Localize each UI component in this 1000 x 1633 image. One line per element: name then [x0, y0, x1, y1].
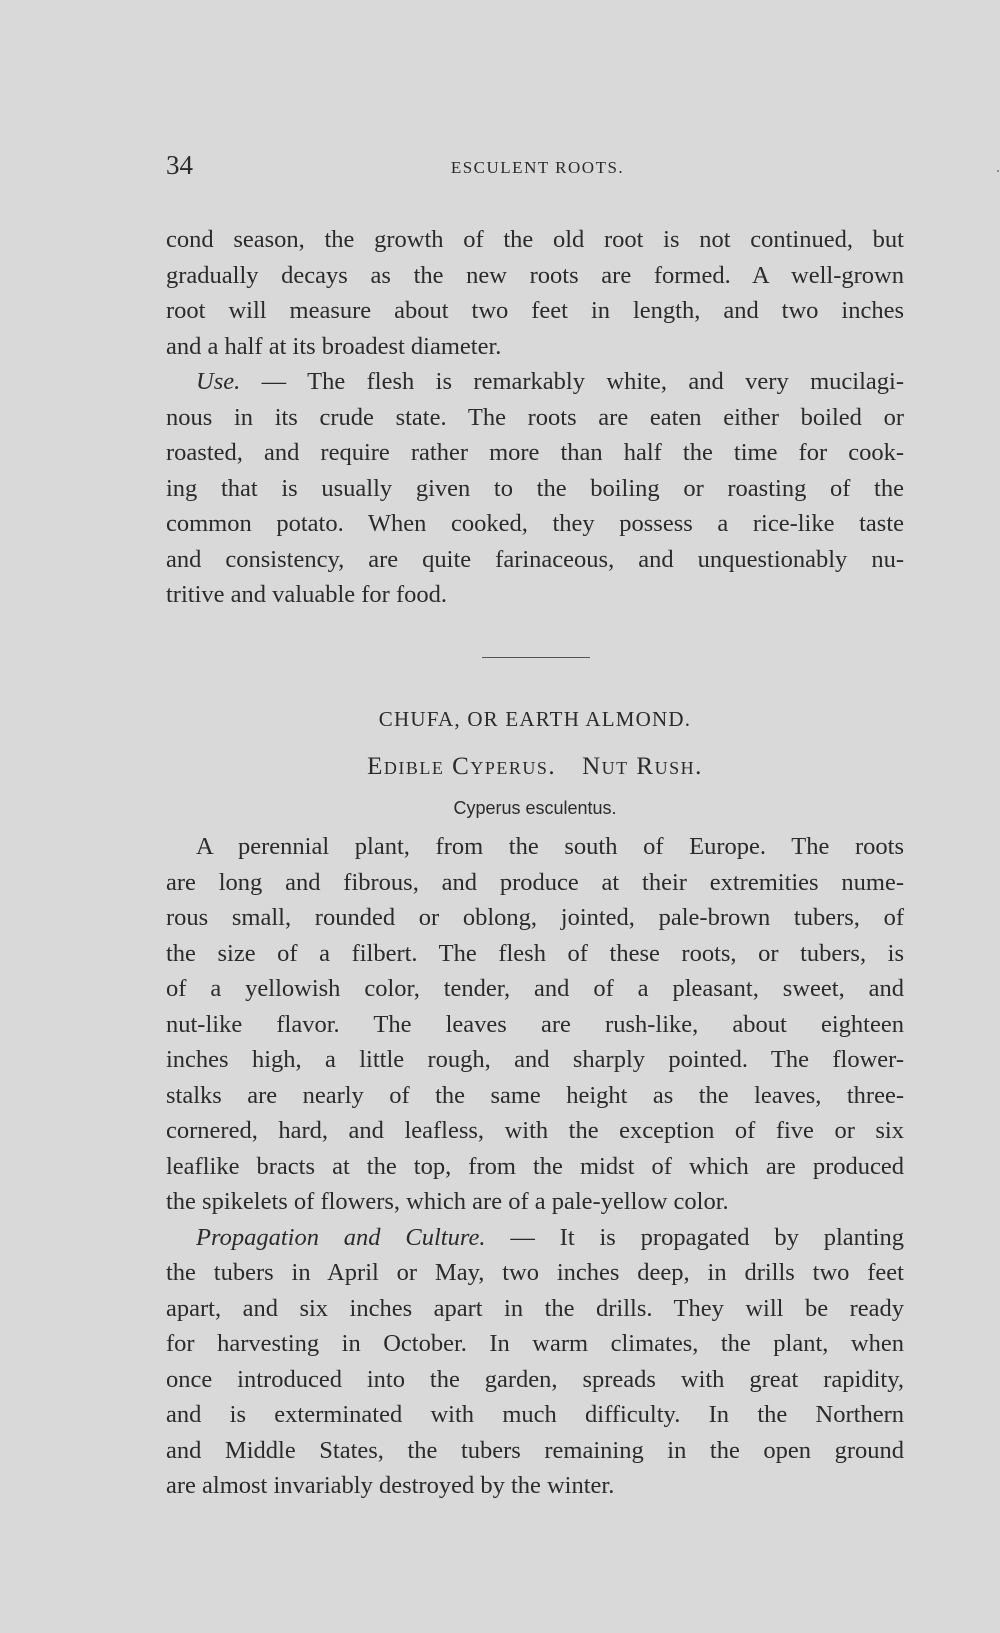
- alt-name: Nut Rush.: [582, 753, 703, 780]
- latin-name: Cyperus esculentus.: [0, 796, 1000, 820]
- text-line: nous in its crude state. The roots are e…: [166, 400, 904, 436]
- propagation-label: Propagation and Culture.: [196, 1224, 485, 1251]
- text-line: — The flesh is remarkably white, and ver…: [262, 368, 904, 395]
- text-line: are almost invariably destroyed by the w…: [166, 1468, 904, 1504]
- text-line: ing that is usually given to the boiling…: [166, 471, 904, 507]
- section-divider: [482, 657, 590, 658]
- running-head: ESCULENT ROOTS.: [0, 158, 1000, 178]
- text-line: of a yellowish color, tender, and of a p…: [166, 971, 904, 1007]
- text-line: and a half at its broadest diameter.: [166, 329, 904, 365]
- text-line: and Middle States, the tubers remaining …: [166, 1433, 904, 1469]
- alternate-names: Edible Cyperus.Nut Rush.: [0, 752, 1000, 782]
- section-title: CHUFA, OR EARTH ALMOND.: [0, 705, 1000, 733]
- text-line: nut-like flavor. The leaves are rush-lik…: [166, 1007, 904, 1043]
- use-label: Use.: [196, 368, 240, 395]
- text-line: once introduced into the garden, spreads…: [166, 1362, 904, 1398]
- text-line: stalks are nearly of the same height as …: [166, 1078, 904, 1114]
- text-line: cond season, the growth of the old root …: [166, 222, 904, 258]
- description-text-block: A perennial plant, from the south of Eur…: [166, 829, 904, 1504]
- text-line: for harvesting in October. In warm clima…: [166, 1326, 904, 1362]
- text-line: cornered, hard, and leafless, with the e…: [166, 1113, 904, 1149]
- text-line: the spikelets of flowers, which are of a…: [166, 1184, 904, 1220]
- text-line: — It is propagated by planting: [510, 1224, 904, 1251]
- text-line: leaflike bracts at the top, from the mid…: [166, 1149, 904, 1185]
- text-line: the tubers in April or May, two inches d…: [166, 1255, 904, 1291]
- text-line: rous small, rounded or oblong, jointed, …: [166, 900, 904, 936]
- text-line: apart, and six inches apart in the drill…: [166, 1291, 904, 1327]
- alt-name: Edible Cyperus.: [367, 753, 556, 780]
- continued-text-block: cond season, the growth of the old root …: [166, 222, 904, 613]
- text-line: the size of a filbert. The flesh of thes…: [166, 936, 904, 972]
- text-line: inches high, a little rough, and sharply…: [166, 1042, 904, 1078]
- text-line: root will measure about two feet in leng…: [166, 293, 904, 329]
- text-line: roasted, and require rather more than ha…: [166, 435, 904, 471]
- page-speck: [997, 170, 999, 172]
- text-line: and is exterminated with much difficulty…: [166, 1397, 904, 1433]
- use-paragraph-first-line: Use. — The flesh is remarkably white, an…: [166, 364, 904, 400]
- text-line: and consistency, are quite farinaceous, …: [166, 542, 904, 578]
- text-line: tritive and valuable for food.: [166, 577, 904, 613]
- text-line: gradually decays as the new roots are fo…: [166, 258, 904, 294]
- text-line: common potato. When cooked, they possess…: [166, 506, 904, 542]
- text-line: are long and fibrous, and produce at the…: [166, 865, 904, 901]
- text-line: A perennial plant, from the south of Eur…: [166, 829, 904, 865]
- propagation-paragraph-first-line: Propagation and Culture. — It is propaga…: [166, 1220, 904, 1256]
